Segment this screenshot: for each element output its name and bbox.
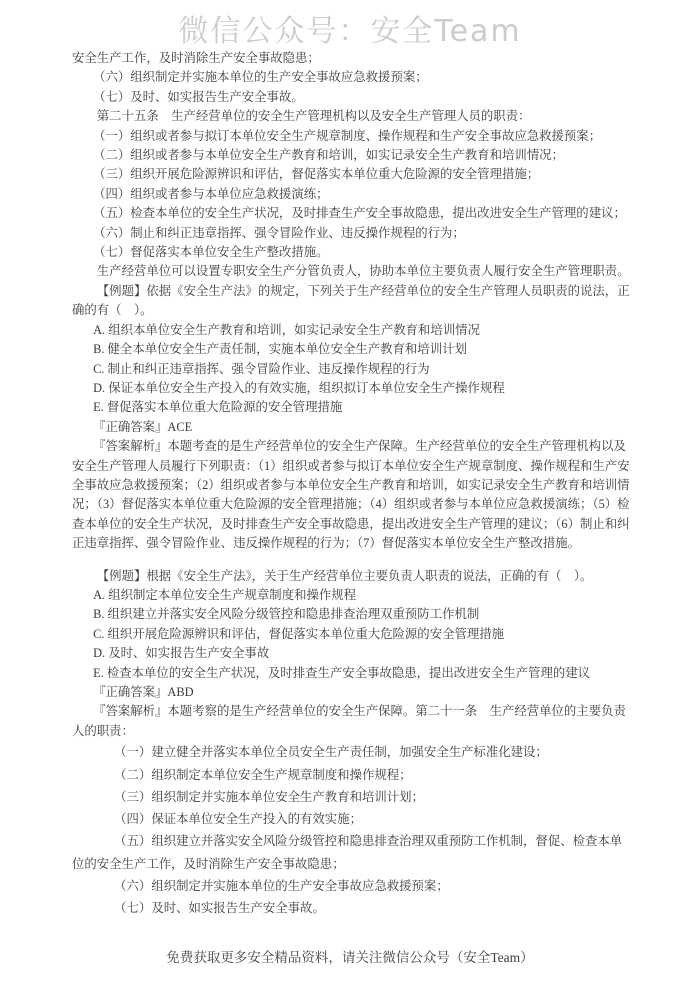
paragraph: C. 制止和纠正违章指挥、强令冒险作业、违反操作规程的行为 xyxy=(72,360,630,379)
paragraph: E. 检查本单位的安全生产状况，及时排查生产安全事故隐患，提出改进安全生产管理的… xyxy=(72,664,630,683)
paragraph: 『正确答案』ABD xyxy=(72,683,630,702)
paragraph: （二）组织制定本单位安全生产规章制度和操作规程； xyxy=(72,764,630,786)
footer-note: 免费获取更多安全精品资料，请关注微信公众号（安全Team） xyxy=(0,946,700,966)
paragraph: （一）组织或者参与拟订本单位安全生产规章制度、操作规程和生产安全事故应急救援预案… xyxy=(72,127,630,146)
paragraph: D. 及时、如实报告生产安全事故 xyxy=(72,644,630,663)
paragraph: （七）督促落实本单位安全生产整改措施。 xyxy=(72,243,630,262)
paragraph: （四）保证本单位安全生产投入的有效实施； xyxy=(72,808,630,830)
paragraph: （五）组织建立并落实安全风险分级管控和隐患排查治理双重预防工作机制，督促、检查本… xyxy=(72,830,630,875)
paragraph: （三）组织制定并实施本单位安全生产教育和培训计划； xyxy=(72,786,630,808)
paragraph: B. 组织建立并落实安全风险分级管控和隐患排查治理双重预防工作机制 xyxy=(72,605,630,624)
paragraph: （六）组织制定并实施本单位的生产安全事故应急救援预案； xyxy=(72,875,630,897)
paragraph: 【例题】依据《安全生产法》的规定，下列关于生产经营单位的安全生产管理人员职责的说… xyxy=(72,282,630,321)
paragraph: 第二十五条 生产经营单位的安全生产管理机构以及安全生产管理人员的职责： xyxy=(72,107,630,126)
paragraph: D. 保证本单位安全生产投入的有效实施，组织拟订本单位安全生产操作规程 xyxy=(72,379,630,398)
paragraph: （七）及时、如实报告生产安全事故。 xyxy=(72,88,630,107)
paragraph: （三）组织开展危险源辨识和评估，督促落实本单位重大危险源的安全管理措施； xyxy=(72,165,630,184)
paragraph: C. 组织开展危险源辨识和评估，督促落实本单位重大危险源的安全管理措施 xyxy=(72,625,630,644)
paragraph: 『正确答案』ACE xyxy=(72,418,630,437)
paragraph: 『答案解析』本题考查的是生产经营单位的安全生产保障。生产经营单位的安全生产管理机… xyxy=(72,437,630,553)
watermark-header: 微信公众号：安全Team xyxy=(0,6,700,50)
paragraph: 【例题】根据《安全生产法》，关于生产经营单位主要负责人职责的说法，正确的有（ ）… xyxy=(72,567,630,586)
paragraph: E. 督促落实本单位重大危险源的安全管理措施 xyxy=(72,398,630,417)
document-body: 安全生产工作，及时消除生产安全事故隐患；（六）组织制定并实施本单位的生产安全事故… xyxy=(72,49,630,920)
document-page: 微信公众号：安全Team 安全生产工作，及时消除生产安全事故隐患；（六）组织制定… xyxy=(0,0,700,989)
paragraph: （二）组织或者参与本单位安全生产教育和培训，如实记录安全生产教育和培训情况； xyxy=(72,146,630,165)
paragraph: A. 组织制定本单位安全生产规章制度和操作规程 xyxy=(72,586,630,605)
paragraph: （一）建立健全并落实本单位全员安全生产责任制，加强安全生产标准化建设； xyxy=(72,741,630,763)
paragraph: （六）组织制定并实施本单位的生产安全事故应急救援预案； xyxy=(72,68,630,87)
paragraph: 生产经营单位可以设置专职安全生产分管负责人，协助本单位主要负责人履行安全生产管理… xyxy=(72,262,630,281)
paragraph: （六）制止和纠正违章指挥、强令冒险作业、违反操作规程的行为； xyxy=(72,224,630,243)
paragraph: B. 健全本单位安全生产责任制，实施本单位安全生产教育和培训计划 xyxy=(72,340,630,359)
paragraph: （七）及时、如实报告生产安全事故。 xyxy=(72,897,630,919)
paragraph: （四）组织或者参与本单位应急救援演练； xyxy=(72,185,630,204)
paragraph: A. 组织本单位安全生产教育和培训，如实记录安全生产教育和培训情况 xyxy=(72,321,630,340)
paragraph: 『答案解析』本题考察的是生产经营单位的安全生产保障。第二十一条 生产经营单位的主… xyxy=(72,702,630,741)
paragraph: （五）检查本单位的安全生产状况，及时排查生产安全事故隐患，提出改进安全生产管理的… xyxy=(72,204,630,223)
paragraph: 安全生产工作，及时消除生产安全事故隐患； xyxy=(72,49,630,68)
